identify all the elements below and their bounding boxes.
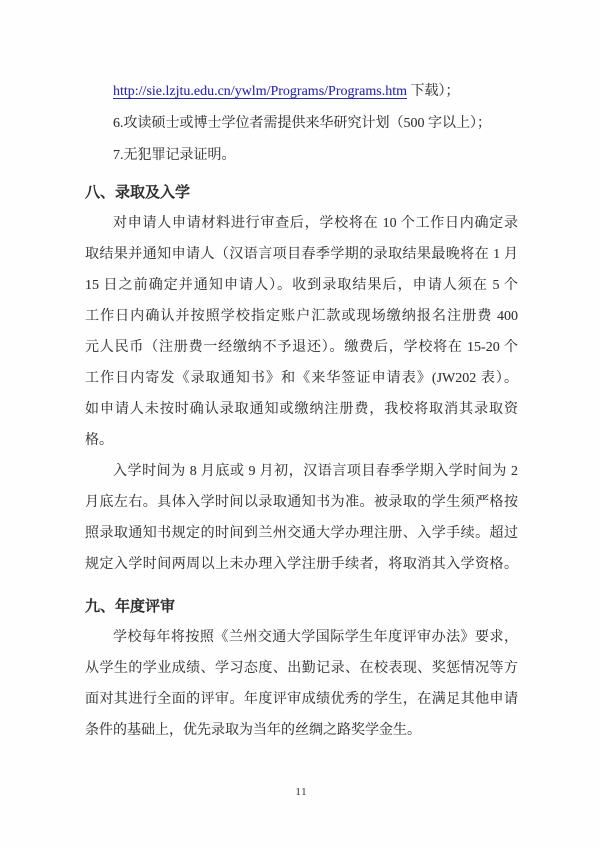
list-item-7: 7.无犯罪记录证明。 xyxy=(85,140,518,172)
download-link-suffix: 下载）； xyxy=(407,84,460,99)
application-materials-list-continued: http://sie.lzjtu.edu.cn/ywlm/Programs/Pr… xyxy=(85,76,518,172)
text-line: 条件的基础上，优先录取为当年的丝绸之路奖学金生。 xyxy=(85,715,518,746)
text-line: 从学生的学业成绩、学习态度、出勤记录、在校表现、奖惩情况等方 xyxy=(85,653,518,684)
text-line: 规定入学时间两周以上未办理入学注册手续者，将取消其入学资格。 xyxy=(85,549,518,580)
text-line: 学校每年将按照《兰州交通大学国际学生年度评审办法》要求， xyxy=(85,622,518,653)
list-item-6: 6.攻读硕士或博士学位者需提供来华研究计划（500 字以上）； xyxy=(85,108,518,140)
page-content: http://sie.lzjtu.edu.cn/ywlm/Programs/Pr… xyxy=(0,0,600,800)
paragraph-admission-1: 对申请人申请材料进行审查后，学校将在 10 个工作日内确定录 取结果并通知申请人… xyxy=(85,208,518,456)
section-heading-annual-review: 九、年度评审 xyxy=(85,591,518,622)
text-line: 取结果并通知申请人（汉语言项目春季学期的录取结果最晚将在 1 月 xyxy=(85,239,518,270)
text-line: 15 日之前确定并通知申请人）。收到录取结果后，申请人须在 5 个 xyxy=(85,270,518,301)
text-line: 照录取通知书规定的时间到兰州交通大学办理注册、入学手续。超过 xyxy=(85,518,518,549)
paragraph-annual-review: 学校每年将按照《兰州交通大学国际学生年度评审办法》要求， 从学生的学业成绩、学习… xyxy=(85,622,518,746)
page-number: 11 xyxy=(85,786,518,800)
section-heading-admission: 八、录取及入学 xyxy=(85,177,518,208)
text-line: 元人民币（注册费一经缴纳不予退还）。缴费后，学校将在 15-20 个 xyxy=(85,332,518,363)
text-line: 对申请人申请材料进行审查后，学校将在 10 个工作日内确定录 xyxy=(85,208,518,239)
text-line: 工作日内确认并按照学校指定账户汇款或现场缴纳报名注册费 400 xyxy=(85,301,518,332)
text-line: 格。 xyxy=(85,425,518,456)
text-line: 月底左右。具体入学时间以录取通知书为准。被录取的学生须严格按 xyxy=(85,487,518,518)
text-line: 工作日内寄发《录取通知书》和《来华签证申请表》(JW202 表）。 xyxy=(85,363,518,394)
text-line: 如申请人未按时确认录取通知或缴纳注册费，我校将取消其录取资 xyxy=(85,394,518,425)
text-line: 入学时间为 8 月底或 9 月初，汉语言项目春季学期入学时间为 2 xyxy=(85,456,518,487)
programs-download-link[interactable]: http://sie.lzjtu.edu.cn/ywlm/Programs/Pr… xyxy=(113,84,407,99)
text-line: 面对其进行全面的评审。年度评审成绩优秀的学生，在满足其他申请 xyxy=(85,684,518,715)
document-page: http://sie.lzjtu.edu.cn/ywlm/Programs/Pr… xyxy=(0,0,600,848)
download-link-line: http://sie.lzjtu.edu.cn/ywlm/Programs/Pr… xyxy=(85,76,518,108)
paragraph-admission-2: 入学时间为 8 月底或 9 月初，汉语言项目春季学期入学时间为 2 月底左右。具… xyxy=(85,456,518,580)
